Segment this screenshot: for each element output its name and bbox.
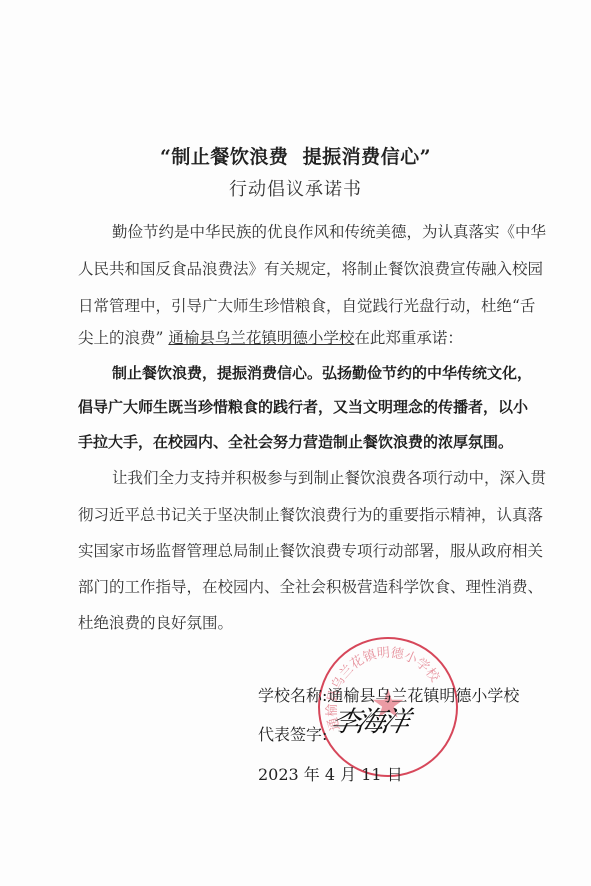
paragraph3-line: 实国家市场监督管理总局制止餐饮浪费专项行动部署，服从政府相关 (78, 539, 543, 561)
paragraph3-line: 杜绝浪费的良好氛围。 (78, 611, 233, 633)
paragraph3-line: 让我们全力支持并积极参与到制止餐饮浪费各项行动中，深入贯 (112, 466, 546, 488)
paragraph3-line: 彻习近平总书记关于坚决制止餐饮浪费行为的重要指示精神，认真落 (78, 503, 543, 525)
paragraph1-line: 人民共和国反食品浪费法》有关规定，将制止餐饮浪费宣传融入校园 (78, 257, 543, 279)
school-name-label: 学校名称: (258, 686, 327, 705)
handwritten-signature: 李海洋 (328, 700, 412, 740)
representative-label: 代表签字: (258, 725, 327, 744)
paragraph1-suffix: 在此郑重承诺： (354, 329, 463, 347)
paragraph1-last-line: 尖上的浪费” 通榆县乌兰花镇明德小学校在此郑重承诺： (78, 326, 463, 348)
representative-row: 代表签字: (258, 722, 327, 745)
paragraph2-line: 倡导广大师生既当珍惜粮食的践行者，又当文明理念的传播者，以小 (78, 396, 528, 417)
document-date: 2023 年 4 月 11 日 (258, 762, 403, 785)
paragraph2-line: 制止餐饮浪费，提振消费信心。弘扬勤俭节约的中华传统文化， (112, 362, 532, 383)
paragraph1-line: 日常管理中，引导广大师生珍惜粮食，自觉践行光盘行动，杜绝“舌 (78, 294, 535, 316)
document-title: “制止餐饮浪费 提振消费信心” (0, 142, 591, 169)
school-name-underlined: 通榆县乌兰花镇明德小学校 (168, 329, 354, 347)
document-subtitle: 行动倡议承诺书 (0, 175, 591, 201)
paragraph2-line: 手拉大手，在校园内、全社会努力营造制止餐饮浪费的浓厚氛围。 (78, 431, 513, 452)
document-page: “制止餐饮浪费 提振消费信心” 行动倡议承诺书 勤俭节约是中华民族的优良作风和传… (0, 0, 591, 886)
paragraph1-prefix: 尖上的浪费” (78, 329, 163, 347)
paragraph3-line: 部门的工作指导，在校园内、全社会积极营造科学饮食、理性消费、 (78, 575, 543, 597)
paragraph1-line: 勤俭节约是中华民族的优良作风和传统美德，为认真落实《中华 (112, 220, 546, 242)
